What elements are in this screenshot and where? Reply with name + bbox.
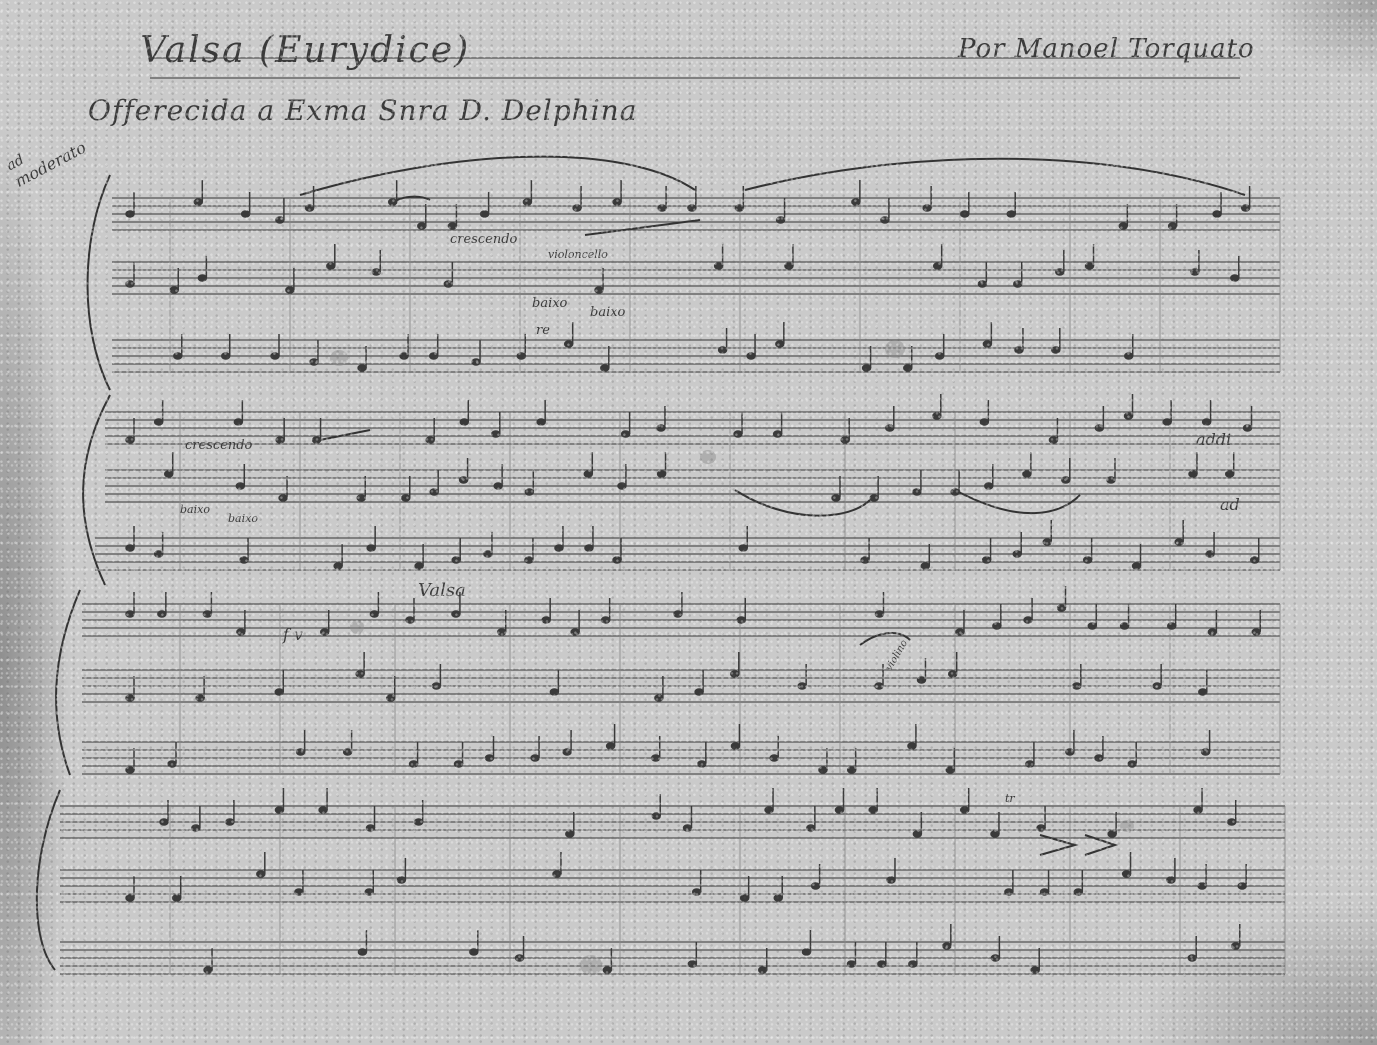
system-brace-1	[88, 175, 111, 390]
ink-stain	[700, 450, 716, 464]
crescendo-marking: crescendo	[185, 438, 252, 453]
dedication: Offerecida a Exma Snra D. Delphina	[88, 94, 637, 127]
trill-marking: tr	[1005, 792, 1015, 805]
ink-stain	[350, 620, 364, 634]
re-marking: re	[536, 323, 550, 338]
score-staves	[0, 0, 1377, 1045]
addi-marking: addi	[1196, 430, 1231, 449]
system-brace-4	[37, 790, 60, 970]
ink-stain	[580, 955, 602, 975]
baixo-marking: baixo	[180, 503, 210, 516]
ink-stain	[330, 350, 348, 366]
baixo-marking: baixo	[590, 305, 625, 320]
dynamic-marking: f v	[283, 625, 303, 644]
violoncello-marking: violoncello	[548, 248, 608, 261]
ad-marking: ad	[1220, 495, 1240, 514]
crescendo-marking: crescendo	[450, 232, 517, 247]
page-title: Valsa (Eurydice)	[140, 30, 470, 71]
system-brace-3	[56, 590, 80, 775]
system-brace-2	[83, 395, 110, 585]
composer-signature: Por Manoel Torquato	[958, 34, 1255, 64]
ink-stain	[885, 340, 905, 358]
baixo-marking: baixo	[532, 296, 567, 311]
manuscript-page: Valsa (Eurydice) Por Manoel Torquato Off…	[0, 0, 1377, 1045]
ink-stain	[1120, 820, 1134, 832]
baixo-marking: baixo	[228, 512, 258, 525]
section-label-valsa: Valsa	[418, 580, 466, 601]
